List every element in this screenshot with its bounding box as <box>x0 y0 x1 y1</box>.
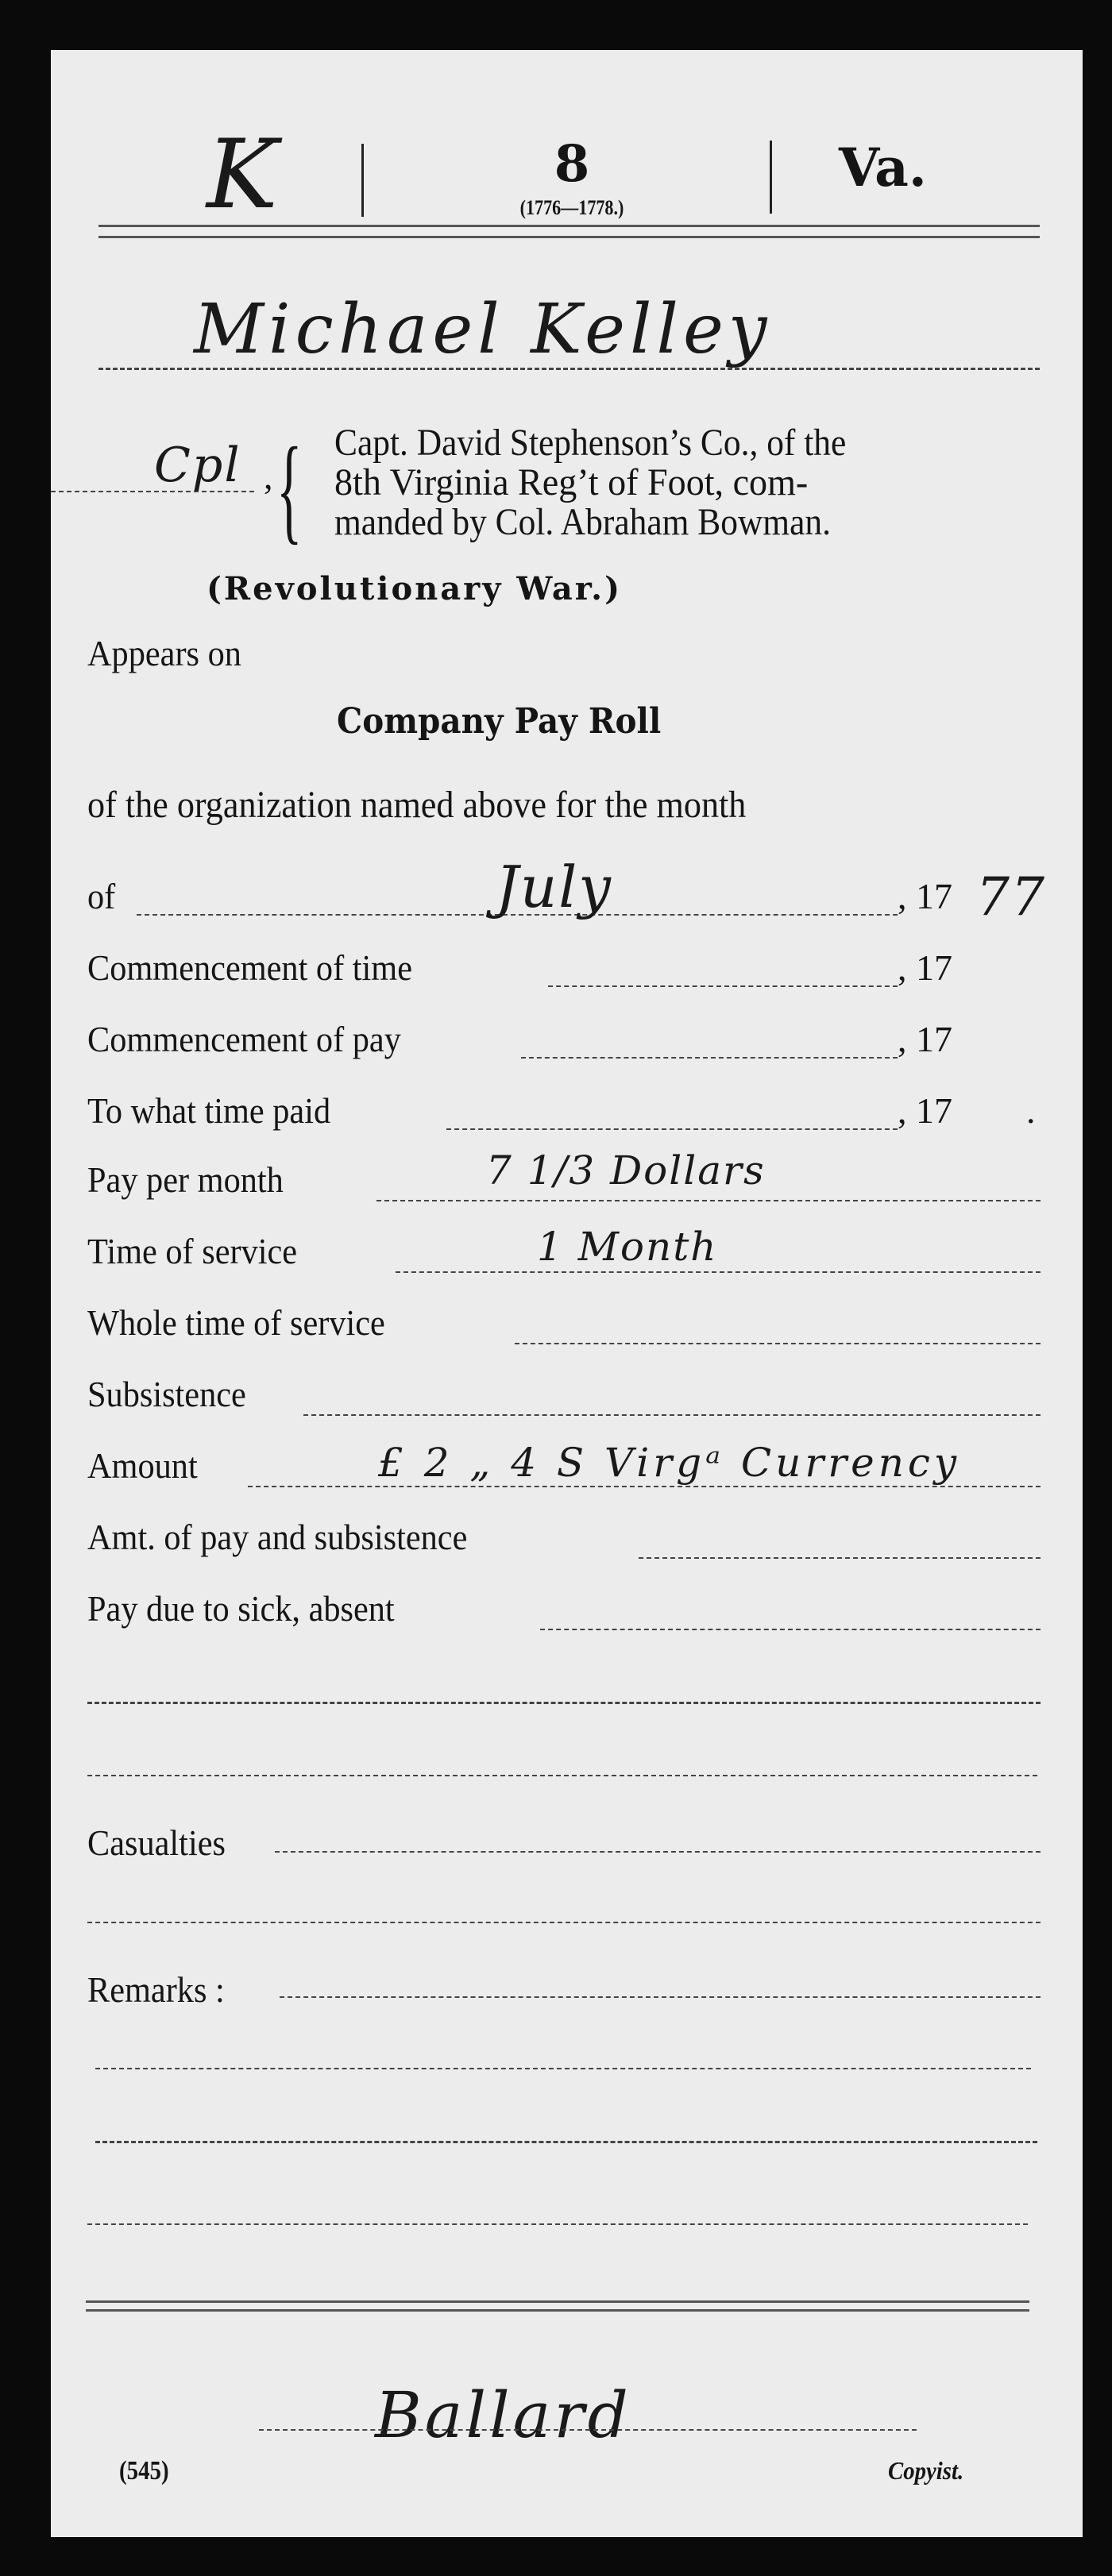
blank-line <box>87 1702 1041 1704</box>
war-title: (Revolutionary War.) <box>207 570 622 607</box>
amount-label: Amount <box>87 1448 198 1484</box>
commencement-time-year: , 17 <box>898 950 952 986</box>
copyist-label: Copyist. <box>888 2456 963 2485</box>
casualties-line <box>275 1851 1041 1853</box>
time-of-service-value: 1 Month <box>537 1224 718 1270</box>
blank-line <box>95 2068 1031 2069</box>
paid-to-label: To what time paid <box>87 1093 330 1129</box>
form-number: (545) <box>119 2456 169 2486</box>
blank-line <box>95 2141 1037 2143</box>
pay-per-month-line <box>376 1200 1041 1201</box>
unit-line: Capt. David Stephenson’s Co., of the <box>334 423 967 463</box>
regiment-years: (1776—1778.) <box>493 196 650 220</box>
month-label: of <box>87 878 115 915</box>
paid-to-line <box>446 1128 898 1130</box>
paid-to-mark: . <box>1026 1093 1036 1129</box>
commencement-time-line <box>548 985 898 987</box>
header-rule-top <box>98 225 1040 227</box>
unit-brace: { <box>276 430 302 549</box>
casualties-label: Casualties <box>87 1825 226 1861</box>
copyist-signature: Ballard <box>375 2378 631 2452</box>
blank-line <box>87 1775 1037 1776</box>
signature-line <box>259 2429 917 2431</box>
pay-per-month-value: 7 1/3 Dollars <box>486 1147 766 1194</box>
pay-due-sick-label: Pay due to sick, absent <box>87 1591 395 1627</box>
regiment-number: 8 <box>551 139 593 190</box>
pay-roll-card: K 8 (1776—1778.) Va. Michael Kelley Cpl … <box>51 50 1083 2537</box>
footer-rule-bottom <box>86 2309 1029 2312</box>
month-year-prefix: , 17 <box>898 878 952 915</box>
pay-per-month-label: Pay per month <box>87 1162 284 1198</box>
remarks-line <box>280 1996 1041 1998</box>
header-divider <box>361 144 364 217</box>
unit-line: manded by Col. Abraham Bowman. <box>334 503 967 542</box>
subsistence-label: Subsistence <box>87 1376 246 1413</box>
time-of-service-line <box>396 1271 1041 1273</box>
subsistence-line <box>303 1414 1041 1416</box>
header-rule-bottom <box>98 236 1040 238</box>
amount-line <box>248 1486 1041 1487</box>
amt-pay-subsistence-label: Amt. of pay and subsistence <box>87 1519 467 1556</box>
footer-rule-top <box>86 2300 1029 2303</box>
commencement-pay-year: , 17 <box>898 1021 952 1058</box>
unit-line: 8th Virginia Reg’t of Foot, com- <box>334 463 1006 503</box>
commencement-time-label: Commencement of time <box>87 950 412 986</box>
record-type-title: Company Pay Roll <box>337 701 661 742</box>
soldier-name: Michael Kelley <box>194 290 771 369</box>
amount-value: £ 2 „ 4 S Virgᵃ Currency <box>378 1440 960 1486</box>
appears-on-label: Appears on <box>87 635 241 672</box>
unit-description: Capt. David Stephenson’s Co., of the 8th… <box>334 423 1033 542</box>
time-of-service-label: Time of service <box>87 1233 297 1270</box>
header-divider <box>770 141 772 214</box>
whole-time-label: Whole time of service <box>87 1305 385 1341</box>
amt-pay-subsistence-line <box>639 1557 1041 1559</box>
commencement-pay-label: Commencement of pay <box>87 1021 401 1058</box>
soldier-rank: Cpl <box>154 438 241 493</box>
blank-line <box>87 1922 1041 1923</box>
name-line <box>98 368 1040 370</box>
rank-comma: , <box>264 455 273 497</box>
month-value: July <box>496 854 612 920</box>
remarks-label: Remarks : <box>87 1972 225 2008</box>
initial-letter: K <box>207 120 278 230</box>
rank-line <box>51 491 254 492</box>
state-abbrev: Va. <box>839 141 927 194</box>
month-year-suffix: 77 <box>976 866 1046 927</box>
organization-text: of the organization named above for the … <box>87 786 746 824</box>
blank-line <box>87 2223 1028 2225</box>
paid-to-year: , 17 <box>898 1093 952 1129</box>
whole-time-line <box>515 1343 1041 1344</box>
commencement-pay-line <box>521 1057 898 1059</box>
pay-due-sick-line <box>540 1629 1041 1630</box>
